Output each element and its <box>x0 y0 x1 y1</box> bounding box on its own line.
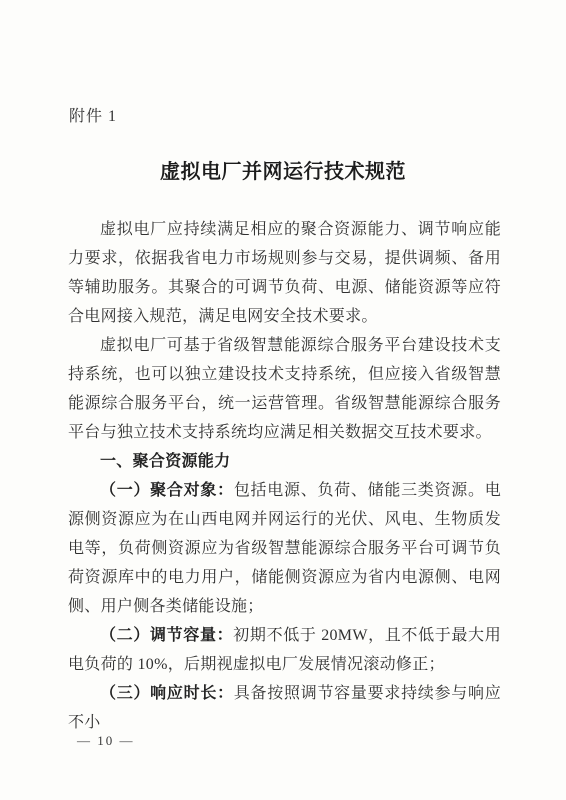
section-heading-aggregation-capability: 一、聚合资源能力 <box>68 447 501 476</box>
list-item-3-label: （三）响应时长： <box>100 685 234 702</box>
paragraph-1: 虚拟电厂应持续满足相应的聚合资源能力、调节响应能力要求，依据我省电力市场规则参与… <box>68 215 501 331</box>
paragraph-2: 虚拟电厂可基于省级智慧能源综合服务平台建设技术支持系统，也可以独立建设技术支持系… <box>68 331 501 447</box>
document-page: 附件 1 虚拟电厂并网运行技术规范 虚拟电厂应持续满足相应的聚合资源能力、调节响… <box>0 0 566 800</box>
page-number: — 10 — <box>77 733 135 749</box>
document-body: 虚拟电厂应持续满足相应的聚合资源能力、调节响应能力要求，依据我省电力市场规则参与… <box>68 215 501 737</box>
list-item-response-duration: （三）响应时长：具备按照调节容量要求持续参与响应不小 <box>68 679 501 737</box>
list-item-2-label: （二）调节容量： <box>100 627 233 644</box>
list-item-aggregation-target: （一）聚合对象：包括电源、负荷、储能三类资源。电源侧资源应为在山西电网并网运行的… <box>68 476 501 621</box>
document-title: 虚拟电厂并网运行技术规范 <box>0 155 566 184</box>
list-item-regulation-capacity: （二）调节容量：初期不低于 20MW，且不低于最大用电负荷的 10%，后期视虚拟… <box>68 621 501 679</box>
list-item-1-label: （一）聚合对象： <box>100 482 234 499</box>
list-item-1-text: 包括电源、负荷、储能三类资源。电源侧资源应为在山西电网并网运行的光伏、风电、生物… <box>68 482 501 615</box>
attachment-label: 附件 1 <box>69 103 117 126</box>
